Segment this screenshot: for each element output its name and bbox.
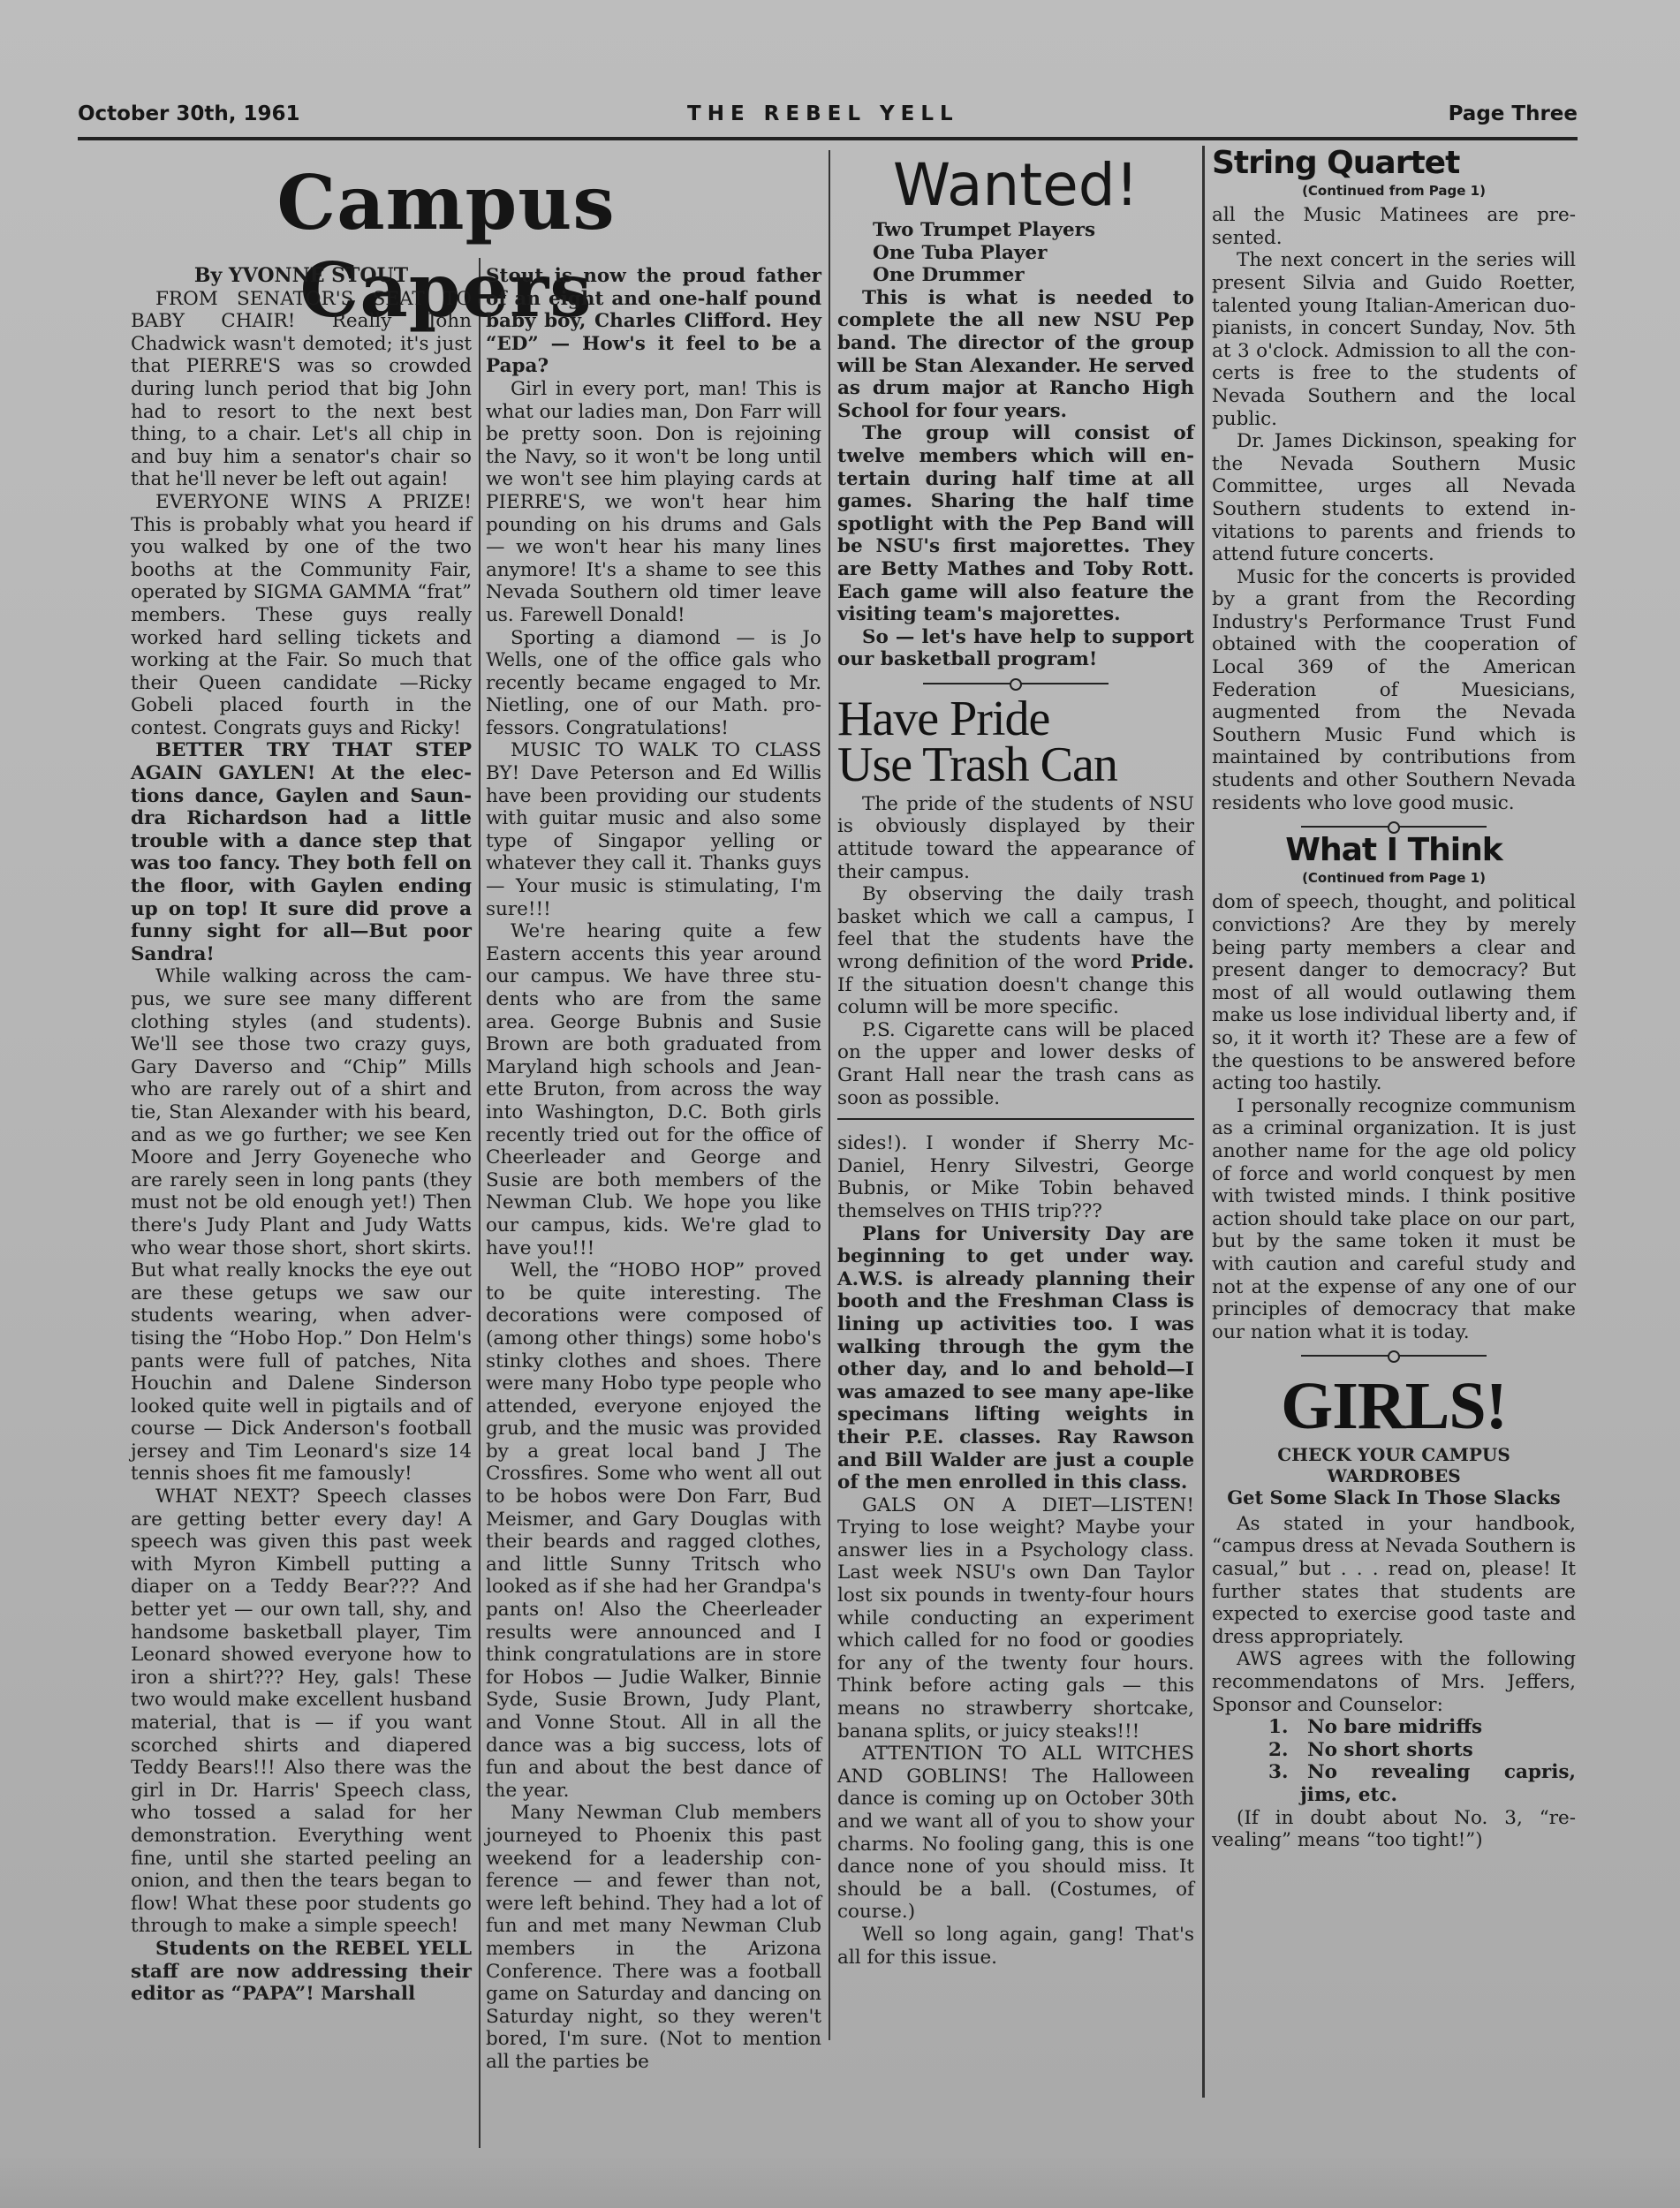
dress-code-list: 1. No bare midriffs 2. No short shorts 3… xyxy=(1212,1716,1576,1806)
newspaper-page: October 30th, 1961 THE REBEL YELL Page T… xyxy=(0,0,1680,2208)
paragraph: Students on the REBEL YELL staff are now… xyxy=(131,1938,472,2006)
paragraph: (If in doubt about No. 3, “re­vealing” m… xyxy=(1212,1807,1576,1852)
column-3: Wanted! Two Trumpet Players One Tuba Pla… xyxy=(837,152,1194,1969)
emphasis: Pride. xyxy=(1131,951,1194,973)
wanted-list-item: Two Trumpet Players xyxy=(837,219,1194,242)
paragraph: WHAT NEXT? Speech classes are getting be… xyxy=(131,1486,472,1938)
masthead: October 30th, 1961 THE REBEL YELL Page T… xyxy=(78,99,1578,134)
section-divider xyxy=(1301,821,1487,832)
paragraph: sides!). I wonder if Sherry Mc­Daniel, H… xyxy=(837,1132,1194,1222)
paragraph: Plans for University Day are beginning t… xyxy=(837,1223,1194,1494)
paragraph: AWS agrees with the follow­ing recommend… xyxy=(1212,1648,1576,1716)
paragraph: dom of speech, thought, and pol­itical c… xyxy=(1212,891,1576,1094)
continued-note: (Continued from Page 1) xyxy=(1212,180,1576,203)
paragraph: Stout is now the proud father of an eigh… xyxy=(486,265,821,378)
paragraph: Dr. James Dickinson, speak­ing for the N… xyxy=(1212,430,1576,566)
subhead: Get Some Slack In Those Slacks xyxy=(1212,1486,1576,1509)
paragraph: Girl in every port, man! This is what ou… xyxy=(486,378,821,627)
headline-what-i-think: What I Think xyxy=(1212,839,1576,862)
masthead-rule xyxy=(78,137,1578,140)
paragraph: So — let's have help to sup­port our bas… xyxy=(837,626,1194,671)
paragraph: ATTENTION TO ALL WITCHES AND GOBLINS! Th… xyxy=(837,1743,1194,1924)
campus-capers-column-2: Stout is now the proud father of an eigh… xyxy=(486,265,821,2074)
list-item: 1. No bare midriffs xyxy=(1300,1716,1576,1739)
paragraph: all the Music Matinees are pre­sented. xyxy=(1212,204,1576,249)
paragraph: As stated in your handbook, “campus dres… xyxy=(1212,1513,1576,1649)
paragraph: MUSIC TO WALK TO CLASS BY! Dave Peterson… xyxy=(486,739,821,920)
paper-name: THE REBEL YELL xyxy=(687,102,959,125)
subhead: CHECK YOUR CAMPUS xyxy=(1212,1444,1576,1465)
column-rule xyxy=(829,150,830,2040)
paragraph: While walking across the cam­pus, we sur… xyxy=(131,965,472,1486)
continued-note: (Continued from Page 1) xyxy=(1212,867,1576,890)
wanted-list-item: One Tuba Player xyxy=(837,242,1194,265)
section-rule xyxy=(837,1118,1194,1120)
headline-wanted: Wanted! xyxy=(837,152,1194,219)
list-item: 3. No revealing capris, jims, etc. xyxy=(1300,1761,1576,1806)
campus-capers-column-1: By YVONNE STOUT FROM SENATOR'S SEAT TO B… xyxy=(131,265,472,2006)
paragraph: I personally recognize com­munism as a c… xyxy=(1212,1095,1576,1344)
section-divider xyxy=(1301,1350,1487,1361)
page-shadow xyxy=(0,2155,1680,2208)
list-item: 2. No short shorts xyxy=(1300,1739,1576,1762)
section-divider xyxy=(923,678,1109,689)
paragraph: The pride of the students of NSU is obvi… xyxy=(837,793,1194,883)
issue-date: October 30th, 1961 xyxy=(78,102,300,125)
text: If the situation doesn't change this col… xyxy=(837,974,1194,1019)
paragraph: EVERYONE WINS A PRIZE! This is probably … xyxy=(131,491,472,740)
column-4: String Quartet (Continued from Page 1) a… xyxy=(1212,152,1576,1852)
paragraph: Well, the “HOBO HOP” prov­ed to be quite… xyxy=(486,1259,821,1802)
paragraph: GALS ON A DIET—LISTEN! Trying to lose we… xyxy=(837,1494,1194,1743)
paragraph: FROM SENATOR'S SEAT TO BABY CHAIR! Reall… xyxy=(131,288,472,491)
paragraph: We're hearing quite a few Eastern accent… xyxy=(486,920,821,1259)
paragraph: BETTER TRY THAT STEP AGAIN GAYLEN! At th… xyxy=(131,739,472,965)
column-rule xyxy=(479,258,481,2148)
paragraph: P.S. Cigarette cans will be placed on th… xyxy=(837,1019,1194,1109)
headline-line: Have Pride xyxy=(837,696,1194,742)
paragraph: By observing the daily trash basket whic… xyxy=(837,883,1194,1019)
paragraph: Sporting a diamond — is Jo Wells, one of… xyxy=(486,627,821,740)
page-number: Page Three xyxy=(1449,102,1578,125)
column-rule xyxy=(1202,146,1205,2098)
headline-have-pride: Have Pride Use Trash Can xyxy=(837,696,1194,788)
paragraph: Music for the concerts is pro­vided by a… xyxy=(1212,566,1576,815)
paragraph: This is what is needed to complete the a… xyxy=(837,287,1194,423)
headline-line: Use Trash Can xyxy=(837,742,1194,788)
subhead: WARDROBES xyxy=(1212,1465,1576,1486)
headline-string-quartet: String Quartet xyxy=(1212,152,1576,175)
paragraph: The next concert in the series will pres… xyxy=(1212,249,1576,430)
paragraph: Well so long again, gang! That's all for… xyxy=(837,1924,1194,1969)
paragraph: The group will consist of twelve members… xyxy=(837,422,1194,625)
paragraph: Many Newman Club members journeyed to Ph… xyxy=(486,1802,821,2073)
byline: By YVONNE STOUT xyxy=(131,265,472,288)
wanted-list-item: One Drummer xyxy=(837,264,1194,287)
headline-girls: GIRLS! xyxy=(1212,1368,1576,1444)
